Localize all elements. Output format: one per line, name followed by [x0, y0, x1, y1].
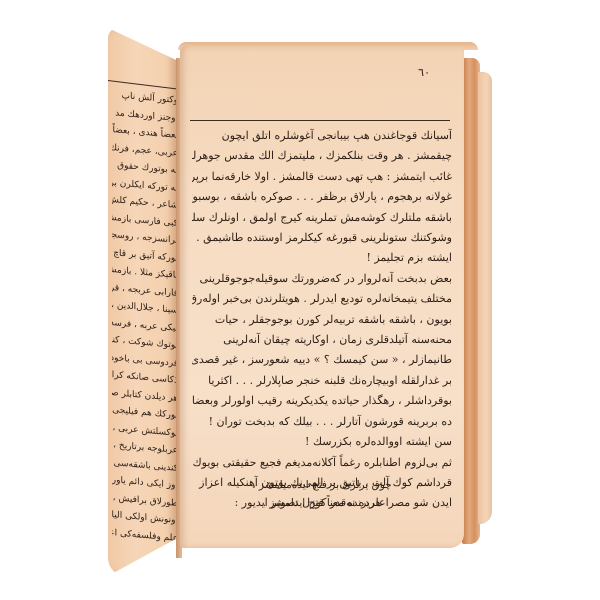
text-line: بعض بدبخت آنه‌لروار در كه‌ضرورتك سوقیله‌…: [192, 269, 452, 289]
verse-line: هریرنده معناً فتح ایدلمشز .: [220, 494, 424, 512]
text-line: بویون ، باشقه باشقه تربیه‌لر كورن بوجوجق…: [192, 310, 452, 330]
page-edges-outer: [478, 72, 492, 524]
text-line: آسیانك قوجاغندن هپ بیبانجی آغوشلره اتلق …: [192, 126, 452, 146]
text-line: غائب ایتمشز : هپ تهی دست قالمشز . اولا خ…: [192, 167, 452, 187]
text-line: ثم بی‌لزوم اطنابلره رغماً آكلانه‌مدیغم ف…: [192, 453, 452, 473]
text-line: غولانه برهجوم ، پارلاق برظفر . . . صوكره…: [192, 187, 452, 207]
left-page-text: وكتور آلش ناپاوجنز اوردهك مدبعضاً هندی ،…: [112, 87, 178, 548]
page-number: ٦٠: [418, 66, 430, 79]
text-line: بر غدارلقله اوبیچاره‌نك قلبنه خنجر صاپلا…: [192, 371, 452, 391]
text-line: محنه‌سنه آتیلدقلری زمان ، اوكاریته چیقان…: [192, 330, 452, 350]
right-page-text: آسیانك قوجاغندن هپ بیبانجی آغوشلره اتلق …: [192, 126, 452, 514]
verse-line: چوق یرلری بز فتح ایده‌میامشز ،: [220, 476, 424, 494]
text-line: باشقه ملتلرك كوشه‌مش تملرینه كیرج اولمق …: [192, 208, 452, 228]
header-rule: [190, 120, 450, 121]
text-line: ایشته بزم تجلیمز !: [192, 248, 452, 268]
left-page: وكتور آلش ناپاوجنز اوردهك مدبعضاً هندی ،…: [108, 28, 178, 576]
verse-block: چوق یرلری بز فتح ایده‌میامشز ،هریرنده مع…: [220, 476, 424, 512]
text-line: سن ایشته اووالده‌لره بكزرسك !: [192, 432, 452, 452]
text-line: طانیمازلر ، « سن كیمسك ؟ » دییه شعورسز ،…: [192, 350, 452, 370]
right-page: ٦٠ آسیانك قوجاغندن هپ بیبانجی آغوشلره ات…: [180, 46, 464, 548]
text-line: وشوكتنك ستونلرینی قبورغه كیكلرمز اوستنده…: [192, 228, 452, 248]
text-line: ده بربرینه قورشون آتارلر . . . بیلك كه ب…: [192, 412, 452, 432]
text-line: بوقرداشلر ، رهگذار حیاتده یكدیكرینه رقیب…: [192, 391, 452, 411]
book-photo: وكتور آلش ناپاوجنز اوردهك مدبعضاً هندی ،…: [0, 0, 600, 600]
text-line: چیقمشز . هر وقت بنلكمزك ، ملیتمزك الك مق…: [192, 146, 452, 166]
text-line: مختلف یتیمخانه‌لره توديع ایدرلر . هویتلر…: [192, 289, 452, 309]
